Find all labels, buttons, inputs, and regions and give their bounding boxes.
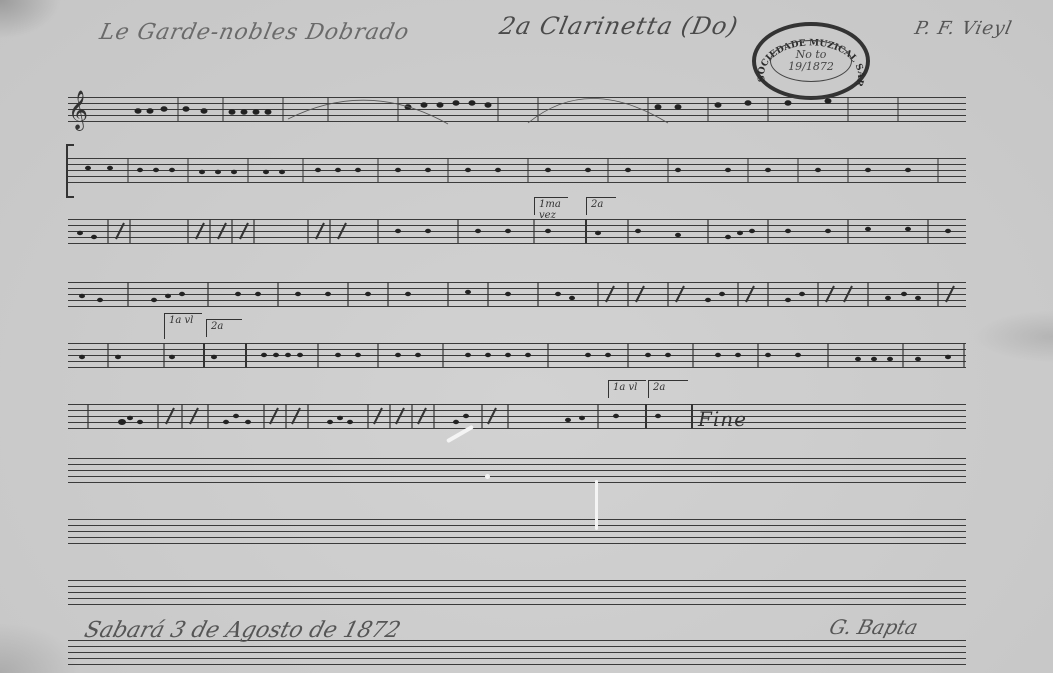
staff-7-blank <box>68 458 966 482</box>
staff-3-notation <box>68 201 966 261</box>
staff-1: 𝄞 <box>68 97 966 121</box>
paper-scratch <box>595 480 598 530</box>
staff-3: 1ma vez 2a <box>68 219 966 243</box>
svg-text:Fine: Fine <box>697 407 747 431</box>
date-line: Sabará 3 de Agosto de 1872 <box>82 618 403 643</box>
composer-note: P. F. Vieyl <box>913 18 1015 39</box>
paper-scratch <box>485 474 490 479</box>
stamp-date: 19/1872 <box>788 61 834 73</box>
staff-9-blank <box>68 580 966 604</box>
svg-text:𝄞: 𝄞 <box>68 90 89 131</box>
manuscript-page: Le Garde-nobles Dobrado 2a Clarinetta (D… <box>0 0 1053 673</box>
piece-title: Le Garde-nobles Dobrado <box>97 20 411 45</box>
staff-5-notation <box>68 325 966 385</box>
copyist-signature: G. Bapta <box>827 615 921 639</box>
staff-2 <box>68 158 966 182</box>
staff-8-blank <box>68 519 966 543</box>
instrument-label: 2a Clarinetta (Do) <box>497 12 741 40</box>
staff-2-notation <box>68 140 966 200</box>
staff-6-notation: Fine <box>68 386 966 446</box>
staff-1-notation: 𝄞 <box>68 79 966 139</box>
staff-6: 1a vl 2a <box>68 404 966 428</box>
staff-4-notation <box>68 264 966 324</box>
staff-10-blank <box>68 640 966 664</box>
staff-5: 1a vl 2a <box>68 343 966 367</box>
stamp-inner-text: No to 19/1872 <box>788 49 834 73</box>
staff-4 <box>68 282 966 306</box>
